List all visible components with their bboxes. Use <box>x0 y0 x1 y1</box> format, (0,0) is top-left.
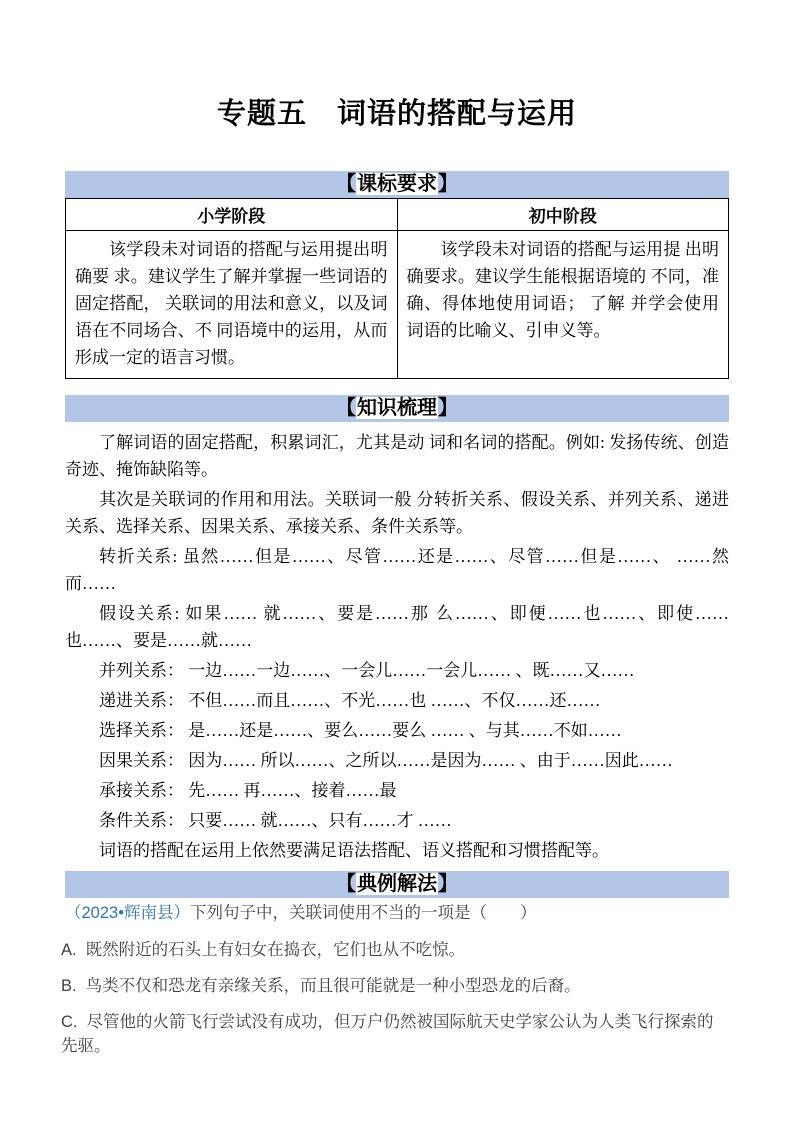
question-options: A.既然附近的石头上有妇女在捣衣，它们也从不吃惊。 B.鸟类不仅和恐龙有亲缘关系… <box>61 938 729 1058</box>
banner-label: 课标要求 <box>356 173 438 195</box>
option-text: 鸟类不仅和恐龙有亲缘关系，而且很可能就是一种小型恐龙的后裔。 <box>86 977 581 995</box>
banner-label: 典例解法 <box>356 873 438 895</box>
question-option: A.既然附近的石头上有妇女在捣衣，它们也从不吃惊。 <box>61 938 729 962</box>
option-label: B. <box>61 977 77 995</box>
knowledge-paragraph: 其次是关联词的作用和用法。关联词一般 分转折关系、假设关系、并列关系、递进关系、… <box>65 486 729 540</box>
knowledge-section: 了解词语的固定搭配，积累词汇，尤其是动 词和名词的搭配。例如: 发扬传统、创造奇… <box>65 429 729 864</box>
banner-bracket-close: 】 <box>438 397 458 419</box>
question-source: （2023•辉南县） <box>65 904 190 922</box>
cell-text: 该学段未对词语的搭配与运用提 出明确要求。建议学生能根据语境的 不同，准确、得体… <box>407 236 720 344</box>
knowledge-paragraph: 递进关系： 不但……而且……、不光……也 ……、不仅……还…… <box>65 687 729 714</box>
banner-label: 知识梳理 <box>356 397 438 419</box>
table-cell-middle-school: 该学段未对词语的搭配与运用提 出明确要求。建议学生能根据语境的 不同，准确、得体… <box>397 231 729 379</box>
question-option: B.鸟类不仅和恐龙有亲缘关系，而且很可能就是一种小型恐龙的后裔。 <box>61 974 729 998</box>
question-text: 下列句子中，关联词使用不当的一项是（ ） <box>190 904 537 922</box>
page-title: 专题五 词语的搭配与运用 <box>65 0 729 132</box>
knowledge-paragraph: 了解词语的固定搭配，积累词汇，尤其是动 词和名词的搭配。例如: 发扬传统、创造奇… <box>65 429 729 483</box>
knowledge-paragraph: 条件关系： 只要…… 就……、只有……才 …… <box>65 807 729 834</box>
document-page: 专题五 词语的搭配与运用 【课标要求】 小学阶段 初中阶段 该学段未对词语的搭配… <box>0 0 794 1123</box>
knowledge-paragraph: 词语的搭配在运用上依然要满足语法搭配、语义搭配和习惯搭配等。 <box>65 837 729 864</box>
knowledge-paragraph: 选择关系： 是……还是……、要么……要么 …… 、与其……不如…… <box>65 717 729 744</box>
cell-text: 该学段未对词语的搭配与运用提出明确要 求。建议学生了解并掌握一些词语的固定搭配，… <box>75 236 388 371</box>
example-section: （2023•辉南县）下列句子中，关联词使用不当的一项是（ ） A.既然附近的石头… <box>65 901 729 1058</box>
option-label: C. <box>61 1013 78 1031</box>
question-line: （2023•辉南县）下列句子中，关联词使用不当的一项是（ ） <box>65 901 729 926</box>
knowledge-paragraph: 因果关系： 因为…… 所以……、之所以……是因为…… 、由于……因此…… <box>65 747 729 774</box>
knowledge-paragraph: 并列关系： 一边……一边……、一会儿……一会儿…… 、既……又…… <box>65 657 729 684</box>
option-text: 尽管他的火箭飞行尝试没有成功，但万户仍然被国际航天史学家公认为人类飞行探索的先驱… <box>61 1013 714 1055</box>
banner-bracket-open: 【 <box>336 173 356 195</box>
option-text: 既然附近的石头上有妇女在捣衣，它们也从不吃惊。 <box>86 941 466 959</box>
knowledge-paragraph: 假设关系: 如果…… 就……、要是……那 么……、即便……也……、即使……也……… <box>65 600 729 654</box>
requirements-table: 小学阶段 初中阶段 该学段未对词语的搭配与运用提出明确要 求。建议学生了解并掌握… <box>65 198 729 379</box>
table-header-middle-school: 初中阶段 <box>397 199 729 231</box>
banner-bracket-close: 】 <box>438 873 458 895</box>
knowledge-paragraph: 承接关系： 先…… 再……、接着……最 <box>65 777 729 804</box>
banner-bracket-open: 【 <box>336 873 356 895</box>
table-header-primary-school: 小学阶段 <box>66 199 398 231</box>
table-cell-primary-school: 该学段未对词语的搭配与运用提出明确要 求。建议学生了解并掌握一些词语的固定搭配，… <box>66 231 398 379</box>
table-body-row: 该学段未对词语的搭配与运用提出明确要 求。建议学生了解并掌握一些词语的固定搭配，… <box>66 231 729 379</box>
question-option: C.尽管他的火箭飞行尝试没有成功，但万户仍然被国际航天史学家公认为人类飞行探索的… <box>61 1010 729 1058</box>
knowledge-paragraph: 转折关系: 虽然……但是……、尽管……还是……、尽管……但是……、 ……然而…… <box>65 543 729 597</box>
table-header-row: 小学阶段 初中阶段 <box>66 199 729 231</box>
section-banner-dianli: 【典例解法】 <box>65 871 729 898</box>
banner-bracket-close: 】 <box>438 173 458 195</box>
section-banner-kebiao: 【课标要求】 <box>65 171 729 198</box>
option-label: A. <box>61 941 77 959</box>
banner-bracket-open: 【 <box>336 397 356 419</box>
section-banner-zhishi: 【知识梳理】 <box>65 395 729 422</box>
